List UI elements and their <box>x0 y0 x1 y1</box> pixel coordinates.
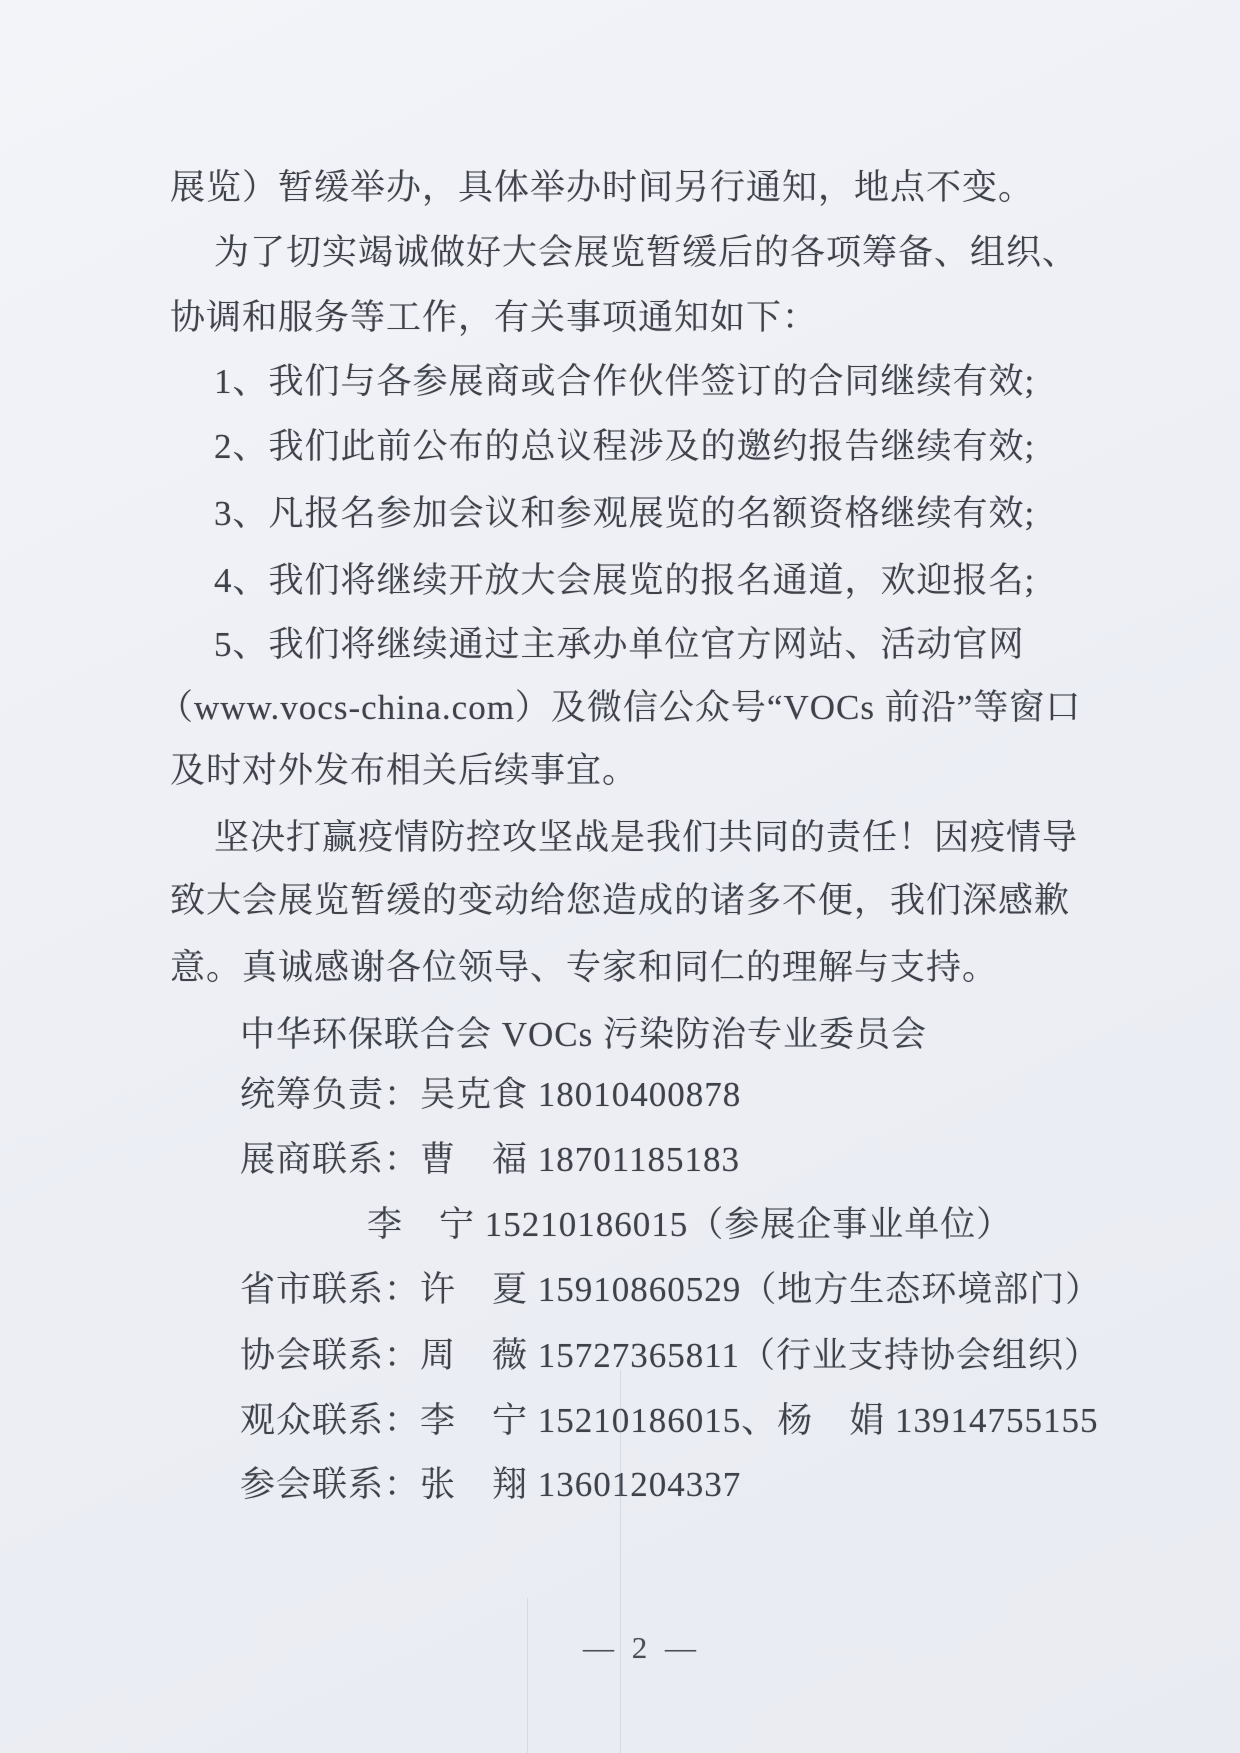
organization-line: 中华环保联合会 VOCs 污染防治专业委员会 <box>240 1013 927 1057</box>
website-line: （www.vocs-china.com）及微信公众号“VOCs 前沿”等窗口 <box>158 686 1081 730</box>
scan-artifact-line <box>620 1370 621 1753</box>
body-line: 意。真诚感谢各位领导、专家和同仁的理解与支持。 <box>170 946 998 990</box>
list-item-2: 2、我们此前公布的总议程涉及的邀约报告继续有效; <box>214 425 1035 469</box>
list-item-3: 3、凡报名参加会议和参观展览的名额资格继续有效; <box>214 492 1035 536</box>
page-number: — 2 — <box>583 1630 701 1666</box>
list-item-1: 1、我们与各参展商或合作伙伴签订的合同继续有效; <box>214 360 1035 404</box>
contact-line: 参会联系：张 翔 13601204337 <box>240 1463 741 1507</box>
document-page: 展览）暂缓举办，具体举办时间另行通知，地点不变。 为了切实竭诚做好大会展览暂缓后… <box>0 0 1240 1753</box>
contact-line: 李 宁 15210186015（参展企事业单位） <box>367 1203 1012 1247</box>
body-line: 坚决打赢疫情防控攻坚战是我们共同的责任！因疫情导 <box>214 816 1078 860</box>
contact-line: 展商联系：曹 福 18701185183 <box>240 1138 740 1182</box>
body-line: 及时对外发布相关后续事宜。 <box>170 749 638 793</box>
body-line: 为了切实竭诚做好大会展览暂缓后的各项筹备、组织、 <box>214 231 1078 275</box>
contact-line: 观众联系：李 宁 15210186015、杨 娟 13914755155 <box>240 1399 1099 1443</box>
body-line: 协调和服务等工作，有关事项通知如下： <box>170 296 818 340</box>
contact-line: 统筹负责：吴克食 18010400878 <box>240 1073 741 1117</box>
list-item-5: 5、我们将继续通过主承办单位官方网站、活动官网 <box>214 623 1025 667</box>
body-line: 致大会展览暂缓的变动给您造成的诸多不便，我们深感歉 <box>170 879 1070 923</box>
contact-line: 省市联系：许 夏 15910860529（地方生态环境部门） <box>240 1268 1101 1312</box>
list-item-4: 4、我们将继续开放大会展览的报名通道，欢迎报名; <box>214 559 1035 603</box>
body-line: 展览）暂缓举办，具体举办时间另行通知，地点不变。 <box>170 166 1034 210</box>
contact-line: 协会联系：周 薇 15727365811（行业支持协会组织） <box>240 1334 1100 1378</box>
scan-artifact-line <box>527 1598 528 1753</box>
